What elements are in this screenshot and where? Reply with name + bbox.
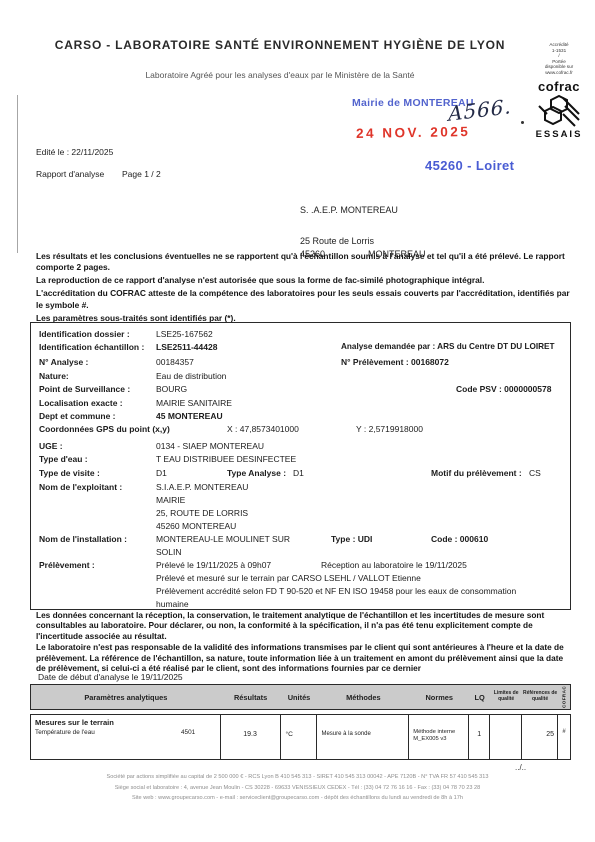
type-analyse-value: D1	[293, 468, 304, 478]
id-row-prelevement: Prélèvement : Prélevé le 19/11/2025 à 09…	[31, 560, 570, 572]
cell-lq: 1	[469, 715, 490, 759]
page-title: CARSO - LABORATOIRE SANTÉ ENVIRONNEMENT …	[40, 38, 520, 52]
field-value: MAIRIE	[156, 495, 185, 505]
field-value: BOURG	[156, 384, 187, 394]
header-unites: Unités	[281, 685, 318, 709]
cell-methode: Mesure à la sonde	[317, 715, 409, 759]
id-row-uge: UGE : 0134 - SIAEP MONTEREAU	[31, 441, 570, 453]
code-psv: Code PSV : 0000000578	[456, 384, 551, 394]
field-value: D1	[156, 468, 167, 478]
legal-notice-top: Les résultats et les conclusions éventue…	[36, 251, 570, 325]
notice-line: Les résultats et les conclusions éventue…	[36, 251, 570, 274]
result-value: 19.3	[221, 731, 280, 738]
id-row-exploitant: Nom de l'exploitant : S.I.A.E.P. MONTERE…	[31, 482, 570, 494]
header-references-qualite: Références de qualité	[522, 685, 558, 709]
report-type-label: Rapport d'analyse	[36, 169, 104, 179]
parameter-name: Température de l'eau	[35, 729, 95, 736]
header-cofrac: COFRAC	[558, 685, 570, 709]
requested-by: Analyse demandée par : ARS du Centre DT …	[341, 342, 555, 351]
field-value: Prélèvement accrédité selon FD T 90-520 …	[156, 586, 516, 596]
cofrac-hexagons-icon	[537, 94, 581, 128]
scan-artifact-dot	[521, 121, 524, 124]
cofrac-accreditation-note: Accrédité 1-1531 / Portée disponible sur…	[528, 42, 590, 76]
field-value: 25, ROUTE DE LORRIS	[156, 508, 248, 518]
field-value: 0134 - SIAEP MONTEREAU	[156, 441, 264, 451]
field-label: Type d'eau :	[39, 454, 88, 464]
sample-identification-box: Identification dossier : LSE25-167562 Id…	[30, 322, 571, 610]
reception-date: Réception au laboratoire le 19/11/2025	[321, 560, 467, 570]
installation-type: Type : UDI	[331, 534, 372, 544]
field-label: Point de Surveillance :	[39, 384, 130, 394]
norm-value: Méthode interne M_EX005 v3	[413, 729, 455, 743]
field-label: Nature:	[39, 371, 69, 381]
notice-line: Le laboratoire n'est pas responsable de …	[36, 642, 570, 673]
cofrac-brand-text: cofrac	[528, 79, 590, 94]
page-subtitle: Laboratoire Agréé pour les analyses d'ea…	[40, 70, 520, 80]
cell-resultat: 19.3	[221, 715, 281, 759]
field-label: Nom de l'exploitant :	[39, 482, 122, 492]
cell-parametre: Mesures sur le terrain Température de l'…	[31, 715, 221, 759]
cofrac-essais-label: ESSAIS	[528, 129, 590, 140]
dept-stamp: 45260 - Loiret	[425, 158, 514, 173]
lab-report-page: CARSO - LABORATOIRE SANTÉ ENVIRONNEMENT …	[0, 0, 595, 842]
motif-value: CS	[529, 468, 541, 478]
prelevement-number: N° Prélèvement : 00168072	[341, 357, 449, 367]
id-row-visite: Type de visite : D1 Type Analyse : D1 Mo…	[31, 468, 570, 480]
field-value: MONTEREAU-LE MOULINET SUR	[156, 534, 290, 544]
type-analyse-label: Type Analyse :	[227, 468, 286, 478]
unit-value: °C	[286, 731, 293, 738]
notice-line: La reproduction de ce rapport d'analyse …	[36, 275, 570, 286]
recipient-street: 25 Route de Lorris	[300, 236, 374, 246]
header-limites-qualite: Limites de qualité	[490, 685, 522, 709]
field-label: Identification échantillon :	[39, 342, 144, 352]
id-row-exploitant4: 45260 MONTEREAU	[31, 521, 570, 533]
legal-notice-bottom: Les données concernant la réception, la …	[36, 610, 570, 674]
page-number: Page 1 / 2	[122, 169, 161, 179]
header-methodes: Méthodes	[317, 685, 409, 709]
lq-value: 1	[469, 731, 489, 738]
field-label: UGE :	[39, 441, 63, 451]
scan-artifact-line	[17, 95, 18, 253]
field-value: MAIRIE SANITAIRE	[156, 398, 232, 408]
id-row-exploitant3: 25, ROUTE DE LORRIS	[31, 508, 570, 520]
field-value: Eau de distribution	[156, 371, 226, 381]
id-row-installation: Nom de l'installation : MONTEREAU-LE MOU…	[31, 534, 570, 546]
id-row-dossier: Identification dossier : LSE25-167562	[31, 329, 570, 341]
id-row-prelevement3: Prélèvement accrédité selon FD T 90-520 …	[31, 586, 570, 598]
page-footer: Société par actions simplifiée au capita…	[40, 772, 555, 804]
field-value: SOLIN	[156, 547, 182, 557]
cell-cofrac-flag: #	[558, 715, 570, 759]
field-value: humaine	[156, 599, 189, 609]
id-row-type-eau: Type d'eau : T EAU DISTRIBUEE DESINFECTE…	[31, 454, 570, 466]
footer-line: Site web : www.groupecarso.com - e-mail …	[40, 793, 555, 804]
field-value: T EAU DISTRIBUEE DESINFECTEE	[156, 454, 296, 464]
id-row-echantillon: Identification échantillon : LSE2511-444…	[31, 342, 570, 354]
results-table-body: Mesures sur le terrain Température de l'…	[30, 714, 571, 760]
installation-code: Code : 000610	[431, 534, 488, 544]
motif-label: Motif du prélèvement :	[431, 468, 522, 478]
id-row-dept: Dept et commune : 45 MONTEREAU	[31, 411, 570, 423]
field-label: Identification dossier :	[39, 329, 130, 339]
method-value: Mesure à la sonde	[321, 731, 370, 737]
cell-unite: °C	[281, 715, 318, 759]
field-label: N° Analyse :	[39, 357, 88, 367]
cofrac-logo: Accrédité 1-1531 / Portée disponible sur…	[528, 42, 590, 140]
field-value: 00184357	[156, 357, 194, 367]
field-label: Nom de l'installation :	[39, 534, 127, 544]
reference-value: 25	[546, 731, 554, 738]
edited-date: Edité le : 22/11/2025	[36, 147, 113, 157]
field-label: Localisation exacte :	[39, 398, 123, 408]
field-value: LSE2511-44428	[156, 342, 217, 352]
field-value: LSE25-167562	[156, 329, 213, 339]
date-received-stamp: 24 NOV. 2025	[356, 124, 471, 141]
footer-line: Siège social et laboratoire : 4, avenue …	[40, 783, 555, 794]
norm-line2: M_EX005 v3	[413, 736, 446, 742]
header-resultats: Résultats	[221, 685, 281, 709]
id-row-analyse: N° Analyse : 00184357 N° Prélèvement : 0…	[31, 357, 570, 369]
field-value: 45 MONTEREAU	[156, 411, 223, 421]
footer-line: Société par actions simplifiée au capita…	[40, 772, 555, 783]
field-value: 45260 MONTEREAU	[156, 521, 236, 531]
field-label: Dept et commune :	[39, 411, 116, 421]
field-label: Coordonnées GPS du point (x,y)	[39, 424, 170, 434]
recipient-name: S. .A.E.P. MONTEREAU	[300, 205, 398, 215]
cell-reference-qualite: 25	[522, 715, 558, 759]
field-label: Prélèvement :	[39, 560, 95, 570]
cell-norme: Méthode interne M_EX005 v3	[409, 715, 469, 759]
id-row-nature: Nature: Eau de distribution	[31, 371, 570, 383]
header-lq: LQ	[469, 685, 490, 709]
field-value: S.I.A.E.P. MONTEREAU	[156, 482, 248, 492]
header-parametres: Paramètres analytiques	[31, 685, 221, 709]
continuation-mark: ../..	[515, 763, 526, 772]
field-value: Prélevé le 19/11/2025 à 09h07	[156, 560, 271, 570]
field-value: Prélevé et mesuré sur le terrain par CAR…	[156, 573, 421, 583]
group-label: Mesures sur le terrain	[35, 718, 114, 727]
gps-x: X : 47,8573401000	[227, 424, 299, 434]
cell-limite-qualite	[490, 715, 522, 759]
parameter-code: 4501	[181, 729, 195, 736]
norm-line1: Méthode interne	[413, 729, 455, 735]
notice-line: Les données concernant la réception, la …	[36, 610, 570, 641]
id-row-gps: Coordonnées GPS du point (x,y) X : 47,85…	[31, 424, 570, 436]
header-cofrac-vertical-label: COFRAC	[558, 685, 570, 709]
id-row-installation2: SOLIN	[31, 547, 570, 559]
id-row-localisation: Localisation exacte : MAIRIE SANITAIRE	[31, 398, 570, 410]
notice-line: L'accréditation du COFRAC atteste de la …	[36, 288, 570, 311]
results-table-header: Paramètres analytiques Résultats Unités …	[30, 684, 571, 710]
id-row-psv: Point de Surveillance : BOURG Code PSV :…	[31, 384, 570, 396]
gps-y: Y : 2,5719918000	[356, 424, 423, 434]
field-label: Type de visite :	[39, 468, 100, 478]
header-normes: Normes	[409, 685, 469, 709]
analysis-start-date: Date de début d'analyse le 19/11/2025	[38, 672, 183, 682]
id-row-prelevement2: Prélevé et mesuré sur le terrain par CAR…	[31, 573, 570, 585]
cofrac-flag-value: #	[558, 729, 570, 735]
id-row-exploitant2: MAIRIE	[31, 495, 570, 507]
